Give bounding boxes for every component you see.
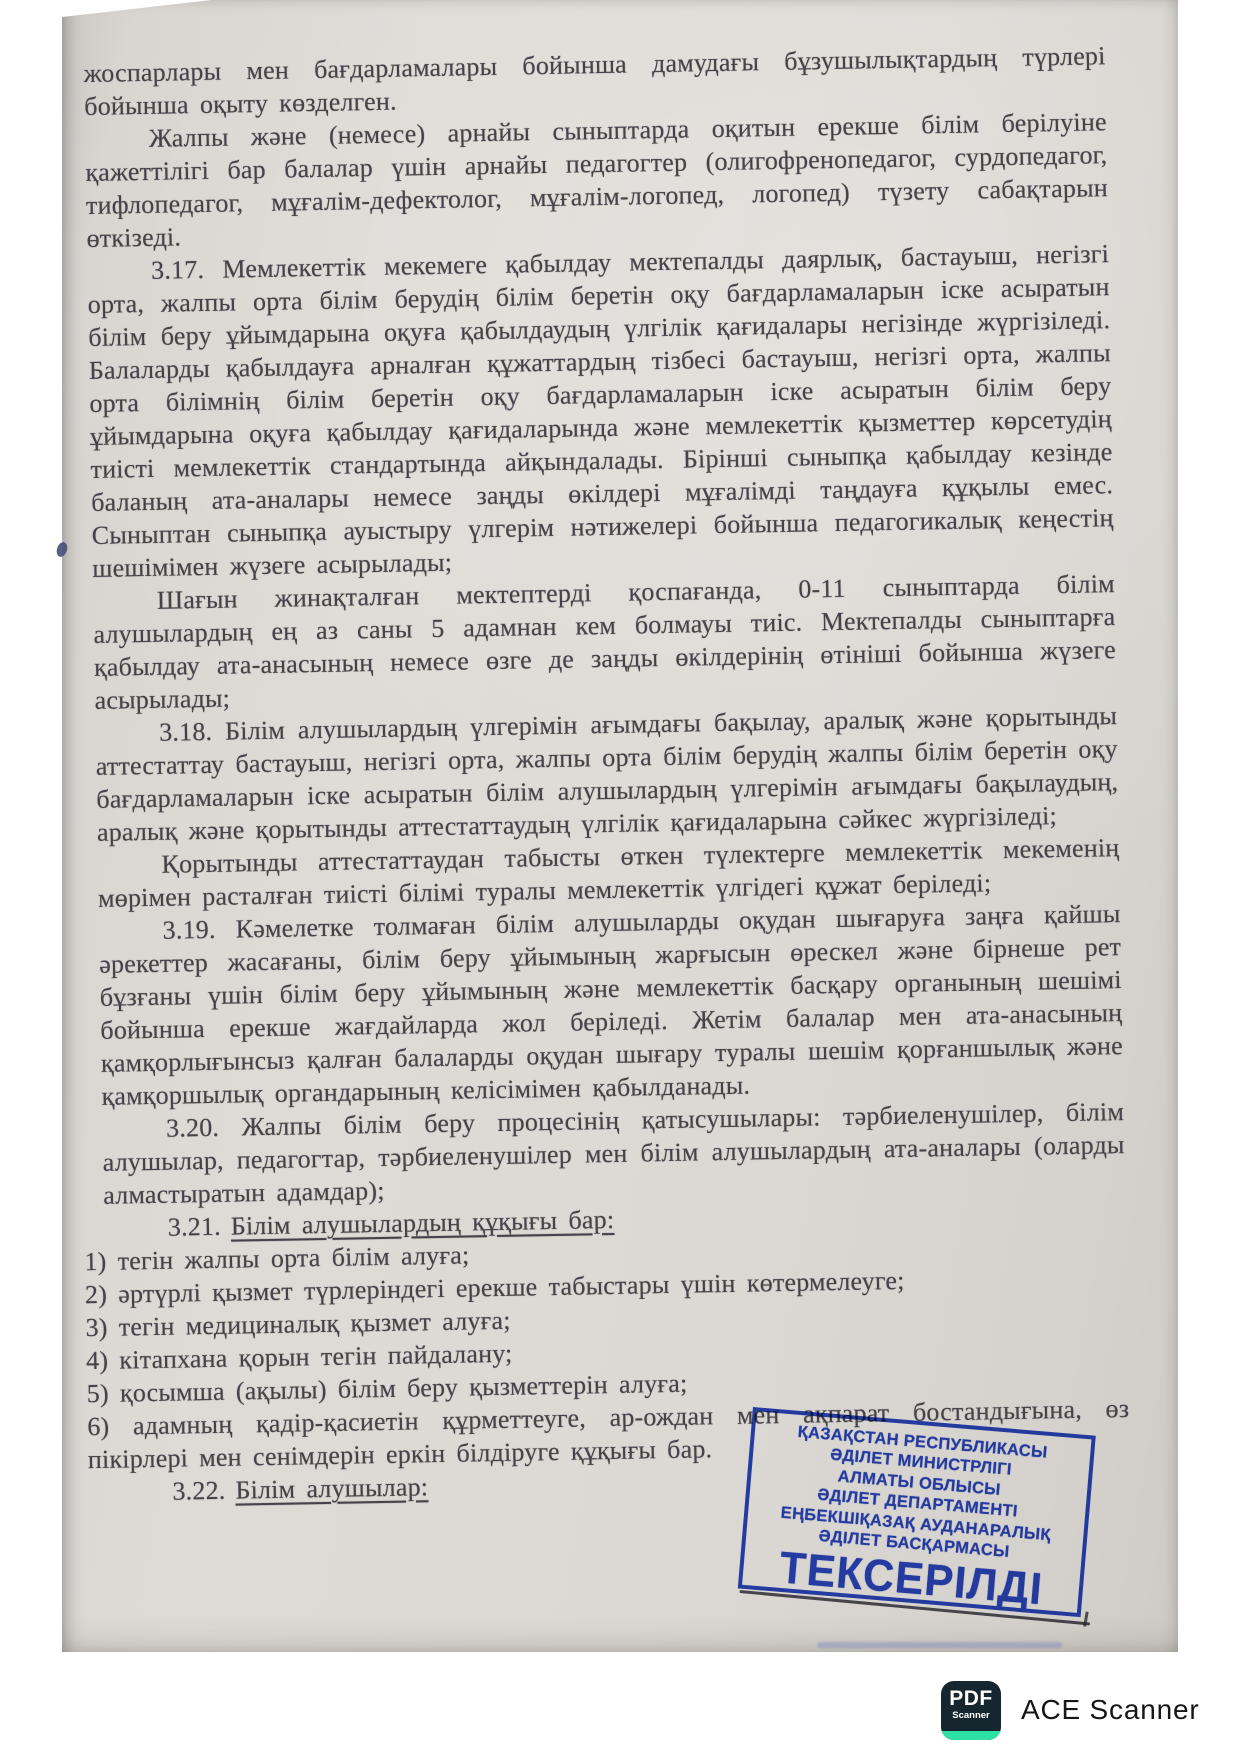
scanned-page: жоспарлары мен бағдарламалары бойынша да…	[62, 0, 1178, 1652]
verification-stamp: ҚАЗАҚСТАН РЕСПУБЛИКАСЫ ӘДІЛЕТ МИНИСТРЛІГ…	[738, 1407, 1096, 1617]
scanned-document-view: жоспарлары мен бағдарламалары бойынша да…	[0, 0, 1241, 1754]
paragraph: 3.17. Мемлекеттік мекемеге қабылдау мект…	[87, 237, 1115, 585]
logo-text-scanner: Scanner	[941, 1710, 1001, 1721]
scanner-app-name: ACE Scanner	[1021, 1694, 1199, 1726]
logo-accent-strip	[941, 1731, 1001, 1740]
section-title-underlined: Білім алушылар:	[235, 1472, 428, 1504]
page-corner-clip	[62, 0, 212, 17]
logo-text-pdf: PDF	[941, 1688, 1001, 1710]
document-text: жоспарлары мен бағдарламалары бойынша да…	[83, 39, 1130, 1509]
section-title-underlined: Білім алушылардың құқығы бар:	[231, 1205, 615, 1241]
paragraph: Шағын жинақталған мектептерді қоспағанда…	[93, 567, 1117, 717]
paragraph: 3.20. Жалпы білім беру процесінің қатысу…	[102, 1095, 1126, 1212]
ink-mark	[55, 541, 69, 558]
scan-smudge	[817, 1642, 1062, 1648]
pdf-scanner-logo-icon: PDF Scanner	[941, 1681, 1001, 1740]
section-number: 3.22.	[172, 1476, 225, 1506]
paragraph: Жалпы және (немесе) арнайы сыныптарда оқ…	[85, 105, 1109, 255]
paragraph: 3.18. Білім алушылардың үлгерімін ағымда…	[95, 699, 1119, 849]
paragraph: 3.19. Кәмелетке толмаған білім алушылард…	[98, 897, 1123, 1113]
section-number: 3.21.	[168, 1212, 221, 1242]
scanner-watermark: PDF Scanner ACE Scanner	[941, 1680, 1199, 1740]
